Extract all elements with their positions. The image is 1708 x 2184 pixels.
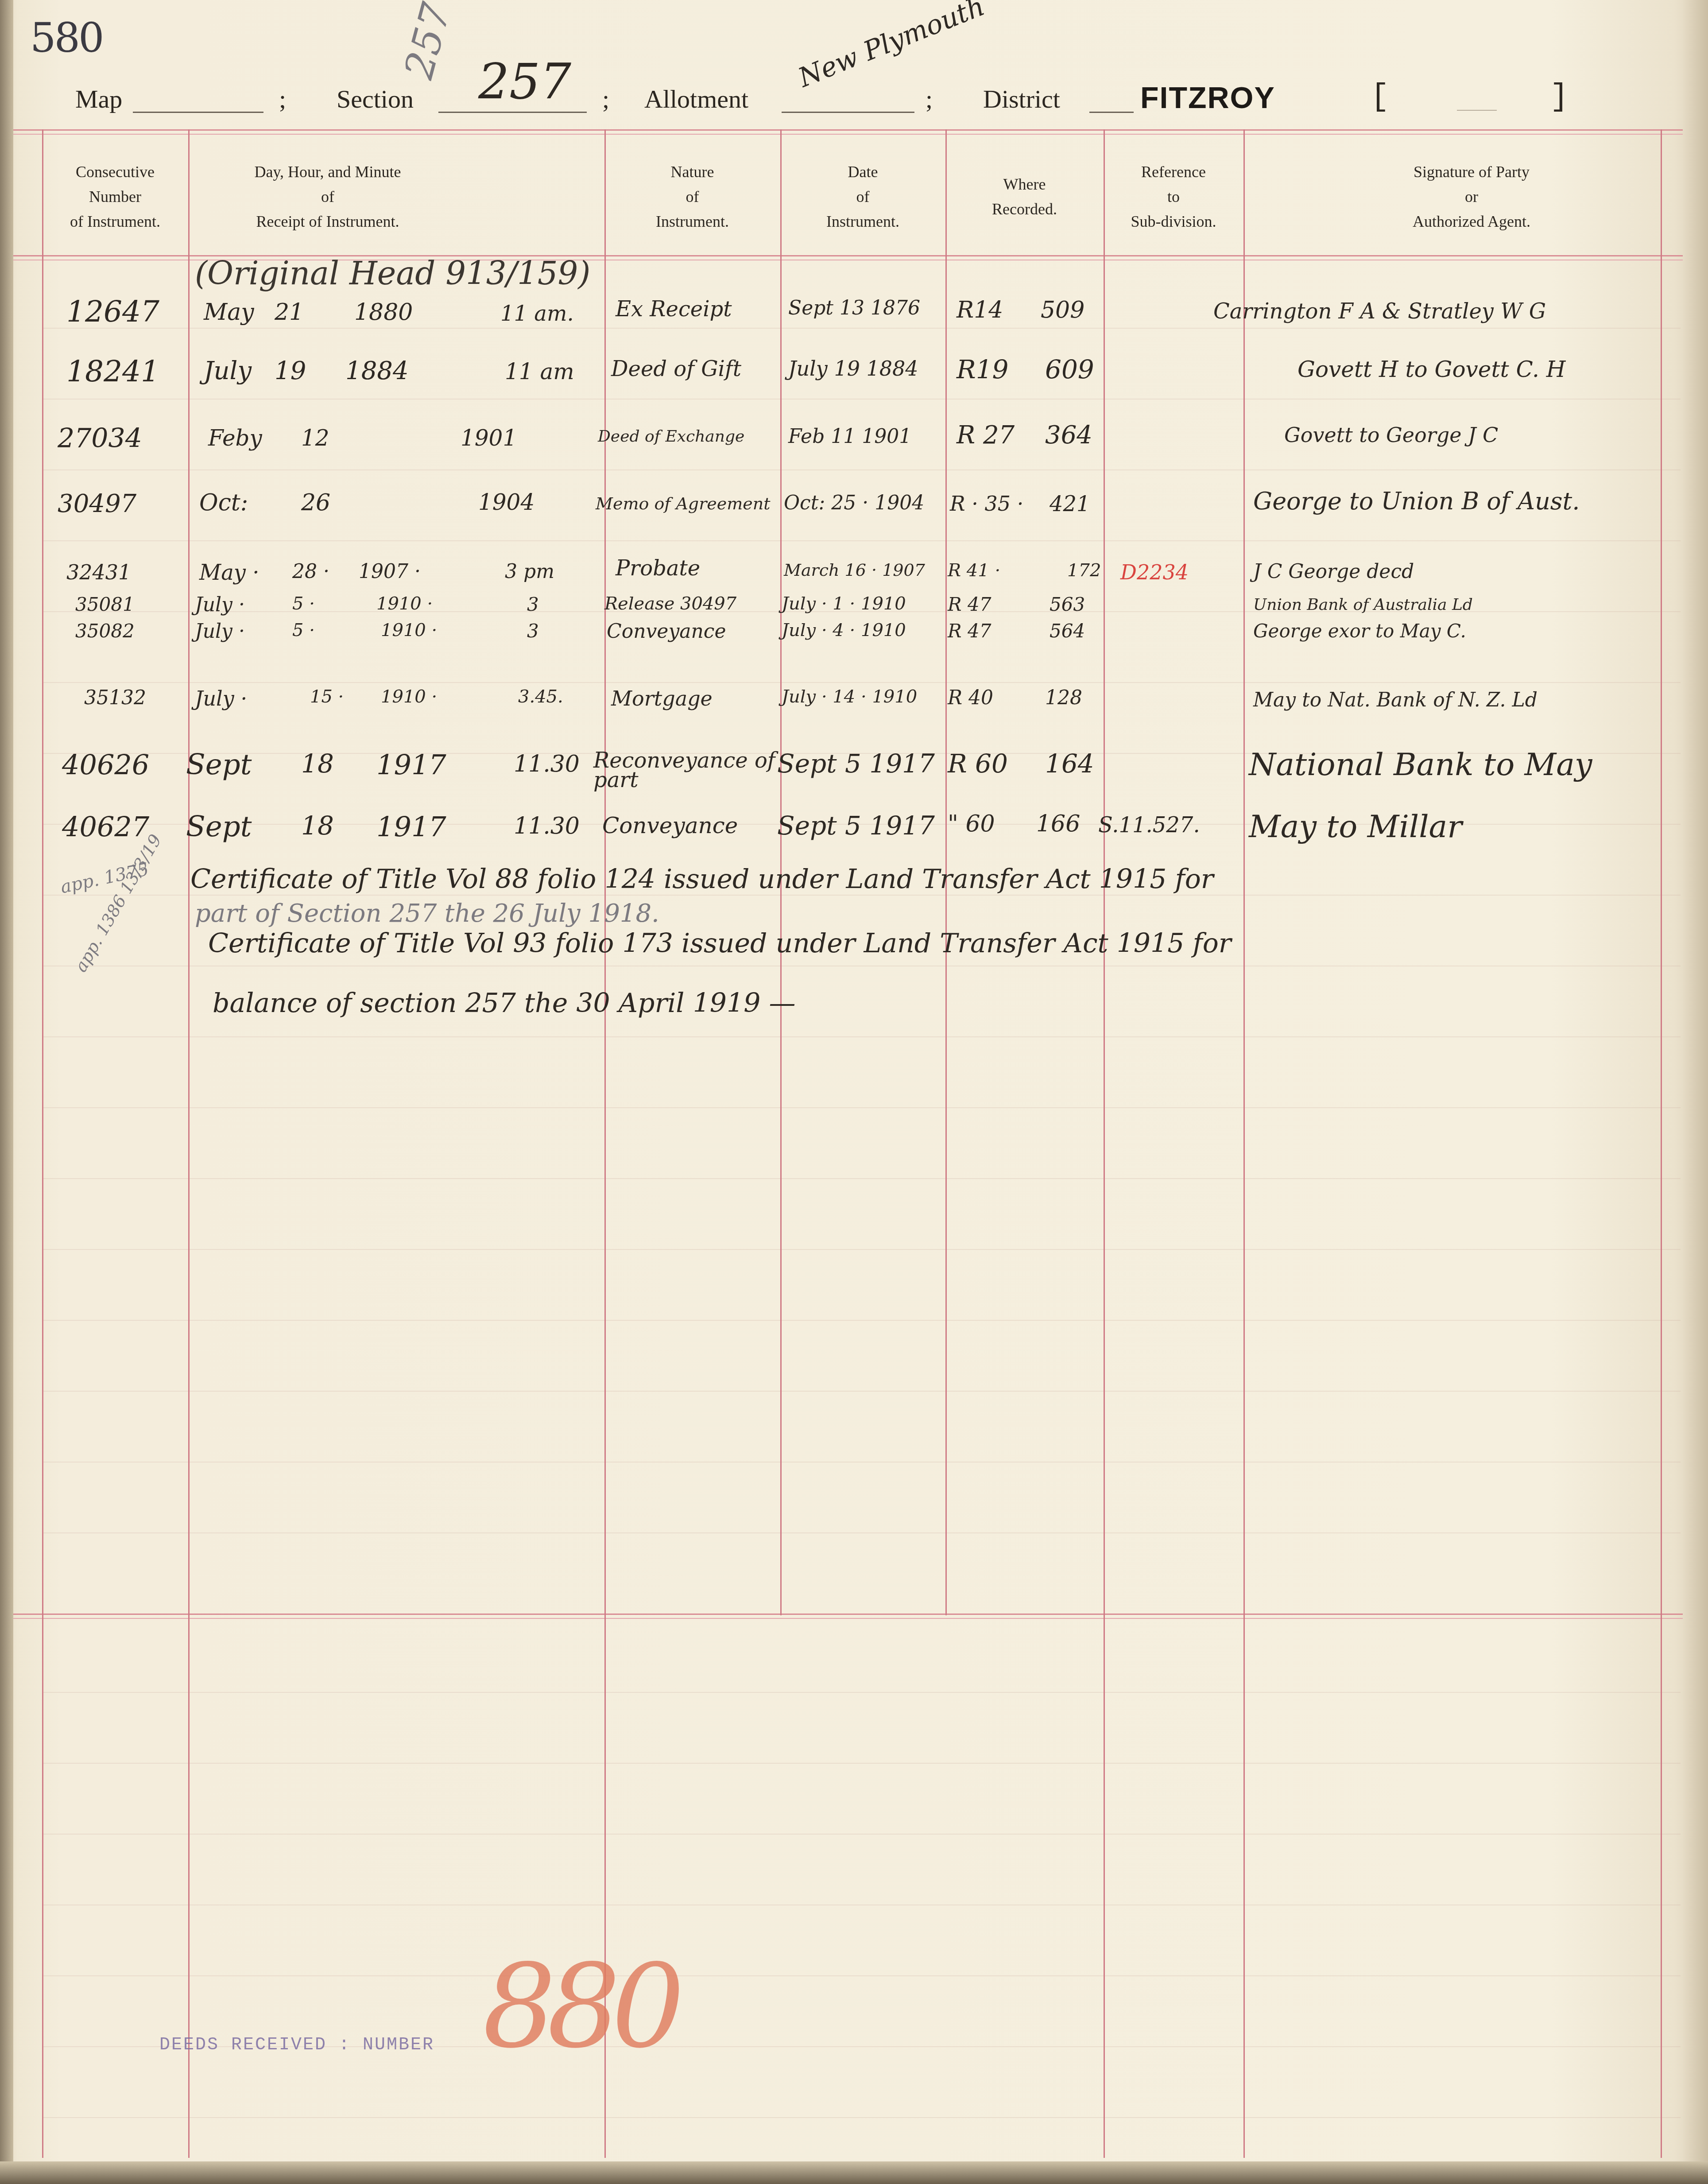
- entry-signature: George to Union B of Aust.: [1253, 487, 1580, 515]
- page-number: 580: [30, 14, 103, 62]
- rule-bottom-1: [13, 1614, 1683, 1615]
- col-head-line: of: [604, 184, 780, 209]
- district-label: District: [983, 84, 1060, 114]
- entry-day: 28 ·: [292, 560, 329, 583]
- entry-folio: 128: [1045, 687, 1082, 709]
- col-rule-7: [1661, 129, 1662, 2158]
- row-line: [42, 540, 1681, 541]
- entry-folio: 564: [1050, 620, 1085, 642]
- col-head-line: Recorded.: [945, 197, 1104, 221]
- certificate-line: Certificate of Title Vol 88 folio 124 is…: [190, 864, 1213, 895]
- entry-folio: 509: [1041, 297, 1084, 323]
- entry-month: May ·: [199, 560, 259, 585]
- entry-day: 15 ·: [310, 687, 344, 707]
- entry-nature: Conveyance: [602, 813, 738, 838]
- entry-signature: National Bank to May: [1249, 746, 1592, 783]
- entry-day: 18: [301, 811, 334, 841]
- row-line: [42, 1178, 1681, 1179]
- entry-signature: Union Bank of Australia Ld: [1253, 596, 1473, 614]
- row-line: [42, 1532, 1681, 1533]
- row-line: [42, 1692, 1681, 1693]
- entry-time: 3 pm: [505, 560, 554, 583]
- entry-year: 1904: [478, 489, 534, 515]
- col-head-line: Reference: [1104, 159, 1243, 184]
- row-line: [42, 1905, 1681, 1905]
- entry-day: 12: [301, 425, 329, 451]
- entry-date: Sept 5 1917: [777, 811, 935, 841]
- entry-month: July ·: [195, 687, 247, 710]
- entry-where: R19: [957, 354, 1008, 384]
- row-line: [42, 1462, 1681, 1462]
- col-head-line: of: [780, 184, 945, 209]
- entry-number: 32431: [66, 560, 131, 584]
- entry-year: 1917: [376, 749, 446, 781]
- col-rule-1: [188, 129, 190, 2158]
- entry-where: " 60: [948, 811, 995, 837]
- entry-date: July · 14 · 1910: [782, 687, 917, 707]
- entry-day: 26: [301, 489, 330, 516]
- entry-where: R14: [957, 297, 1003, 323]
- rule-bottom-2: [13, 1618, 1683, 1619]
- entry-date: July · 1 · 1910: [782, 594, 906, 614]
- rule-top-2: [13, 134, 1683, 135]
- entry-folio: 563: [1050, 594, 1085, 615]
- col-head-line: Receipt of Instrument.: [42, 209, 613, 234]
- col-head-line: to: [1104, 184, 1243, 209]
- entry-nature: Ex Receipt: [616, 297, 732, 322]
- map-field-line: [133, 112, 263, 113]
- entry-number: 35081: [75, 594, 135, 615]
- rule-top-1: [13, 129, 1683, 131]
- entry-date: March 16 · 1907: [784, 560, 925, 580]
- col-rule-6: [1243, 129, 1245, 2158]
- entry-time: 3: [527, 594, 539, 615]
- entry-month: Oct:: [199, 489, 248, 516]
- row-line: [42, 1107, 1681, 1108]
- col-head-line: Sub-division.: [1104, 209, 1243, 234]
- entry-nature: Probate: [616, 556, 700, 581]
- row-line: [42, 1391, 1681, 1392]
- entry-nature: Deed of Exchange: [598, 427, 744, 446]
- entry-time: 11.30: [514, 751, 580, 777]
- entry-year: 1901: [461, 425, 517, 451]
- entry-where: R 60: [948, 749, 1008, 779]
- entry-number: 40627: [62, 811, 149, 843]
- col-head-signature: Signature of Party or Authorized Agent.: [1243, 159, 1700, 234]
- entry-signature: J C George decd: [1253, 560, 1414, 583]
- page-edge-bottom: [0, 2161, 1708, 2184]
- col-head-line: Day, Hour, and Minute: [42, 159, 613, 184]
- entry-where: R 47: [948, 620, 991, 642]
- row-line: [42, 2117, 1681, 2118]
- entry-signature: May to Nat. Bank of N. Z. Ld: [1253, 689, 1538, 711]
- row-line: [42, 966, 1681, 966]
- separator: ;: [279, 84, 286, 114]
- pencil-section-note: 257: [395, 0, 460, 84]
- entry-folio: 166: [1036, 811, 1080, 837]
- entry-date: Sept 13 1876: [788, 297, 920, 319]
- entry-time: 3: [527, 620, 539, 642]
- entry-date: Feb 11 1901: [788, 425, 911, 448]
- allotment-label: Allotment: [644, 84, 748, 114]
- entry-year: 1910 ·: [376, 594, 433, 614]
- section-label: Section: [337, 84, 414, 114]
- col-head-line: Signature of Party: [1243, 159, 1700, 184]
- col-head-line: Authorized Agent.: [1243, 209, 1700, 234]
- entry-year: 1884: [345, 357, 409, 385]
- row-line: [42, 399, 1681, 400]
- entry-date: Oct: 25 · 1904: [784, 492, 924, 514]
- certificate-line: part of Section 257 the 26 July 1918.: [195, 899, 659, 928]
- entry-where: R 41 ·: [948, 560, 1000, 581]
- row-line: [42, 682, 1681, 683]
- entry-number: 27034: [58, 423, 142, 454]
- entry-folio: 421: [1050, 492, 1090, 516]
- certificate-line: Certificate of Title Vol 93 folio 173 is…: [208, 928, 1231, 959]
- row-line: [42, 1249, 1681, 1250]
- district-field-line: [1089, 112, 1134, 113]
- entry-folio: 172: [1067, 560, 1101, 581]
- entry-time: 11 am.: [500, 301, 574, 326]
- entry-date: Sept 5 1917: [777, 749, 935, 779]
- entry-nature: Release 30497: [604, 594, 736, 614]
- allotment-field-line: [782, 112, 914, 113]
- row-line: [42, 328, 1681, 329]
- entry-folio: 609: [1045, 354, 1094, 384]
- book-spine: [0, 0, 13, 2184]
- entry-where: R 27: [957, 421, 1015, 450]
- entry-signature: George exor to May C.: [1253, 620, 1466, 642]
- row-line: [42, 469, 1681, 470]
- col-head-nature: Nature of Instrument.: [604, 159, 780, 234]
- col-head-line: Instrument.: [604, 209, 780, 234]
- entry-year: 1917: [376, 811, 446, 843]
- col-head-line: of: [42, 184, 613, 209]
- entry-month: July: [204, 357, 252, 385]
- row-line: [42, 1975, 1681, 1976]
- row-line: [42, 1036, 1681, 1037]
- entry-year: 1910 ·: [381, 620, 437, 640]
- entry-month: July ·: [195, 594, 245, 616]
- entry-date: July · 4 · 1910: [782, 620, 906, 640]
- entry-reference: S.11.527.: [1098, 813, 1200, 838]
- entry-day: 19: [275, 357, 306, 385]
- col-head-date: Date of Instrument.: [780, 159, 945, 234]
- col-head-line: Nature: [604, 159, 780, 184]
- entry-month: July ·: [195, 620, 245, 643]
- entry-time: 11 am: [505, 359, 574, 384]
- col-head-line: Instrument.: [780, 209, 945, 234]
- bracket-field-line: [1457, 110, 1497, 111]
- entry-where: R 40: [948, 687, 993, 709]
- entry-signature: Carrington F A & Stratley W G: [1213, 299, 1546, 324]
- entry-nature: Reconveyance of part: [593, 751, 788, 790]
- entry-nature: Mortgage: [611, 687, 713, 710]
- crayon-number: 880: [483, 1940, 676, 2074]
- deeds-received-stamp: DEEDS RECEIVED : NUMBER: [159, 2035, 434, 2055]
- entry-number: 30497: [58, 489, 136, 518]
- entry-day: 5 ·: [292, 620, 315, 640]
- col-head-reference: Reference to Sub-division.: [1104, 159, 1243, 234]
- entry-signature: Govett H to Govett C. H: [1297, 357, 1565, 382]
- entry-where: R 47: [948, 594, 991, 615]
- entry-folio: 364: [1045, 421, 1092, 450]
- row-line: [42, 1763, 1681, 1764]
- section-field-line: [438, 112, 587, 113]
- entry-year: 1910 ·: [381, 687, 437, 707]
- certificate-line: balance of section 257 the 30 April 1919…: [213, 988, 795, 1019]
- bracket-close: ]: [1550, 80, 1569, 115]
- entry-day: 5 ·: [292, 594, 315, 614]
- col-head-line: Date: [780, 159, 945, 184]
- entry-month: Sept: [186, 811, 252, 843]
- entry-number: 35132: [84, 687, 146, 709]
- col-head-line: Where: [945, 172, 1104, 197]
- row-line: [42, 895, 1681, 896]
- entry-where: R · 35 ·: [950, 492, 1023, 516]
- entry-day: 21: [275, 299, 304, 326]
- entry-date: July 19 1884: [788, 357, 918, 380]
- entry-number: 12647: [66, 295, 159, 329]
- entry-number: 40626: [62, 749, 149, 781]
- row-line: [42, 1834, 1681, 1835]
- separator: ;: [602, 84, 609, 114]
- entry-signature: May to Millar: [1249, 808, 1462, 845]
- entry-month: May: [204, 299, 254, 326]
- entry-number: 18241: [66, 354, 159, 388]
- entry-month: Feby: [208, 425, 262, 451]
- col-rule-5: [1104, 129, 1105, 2158]
- separator: ;: [926, 84, 933, 114]
- entry-time: 11.30: [514, 813, 580, 839]
- bracket-open: [: [1371, 80, 1389, 115]
- col-rule-0: [42, 129, 43, 2158]
- row-line: [42, 1320, 1681, 1321]
- entry-year: 1880: [354, 299, 413, 326]
- ledger-page: 580 257 Map ; Section 257 ; Allotment Ne…: [0, 0, 1708, 2184]
- map-label: Map: [75, 84, 122, 114]
- certificate-margin-note: app. 1386 13/3/19: [71, 831, 165, 975]
- district-value: FITZROY: [1140, 81, 1275, 115]
- original-head-note: (Original Head 913/159): [195, 255, 590, 292]
- entry-nature: Memo of Agreement: [596, 494, 771, 513]
- entry-number: 35082: [75, 620, 135, 642]
- entry-nature: Deed of Gift: [611, 357, 741, 381]
- entry-nature: Conveyance: [607, 620, 726, 643]
- entry-folio: 164: [1045, 749, 1094, 779]
- col-head-line: or: [1243, 184, 1700, 209]
- entry-time: 3.45.: [518, 687, 563, 707]
- col-head-where-recorded: Where Recorded.: [945, 172, 1104, 221]
- section-value: 257: [478, 53, 571, 110]
- allotment-value: New Plymouth: [794, 0, 989, 93]
- col-head-receipt: Day, Hour, and Minute of Receipt of Inst…: [188, 159, 613, 234]
- entry-year: 1907 ·: [359, 560, 421, 583]
- page-edge-right: [1683, 0, 1708, 2184]
- entry-signature: Govett to George J C: [1284, 423, 1498, 447]
- entry-reference: D2234: [1120, 560, 1189, 584]
- entry-month: Sept: [186, 749, 252, 781]
- entry-day: 18: [301, 749, 334, 779]
